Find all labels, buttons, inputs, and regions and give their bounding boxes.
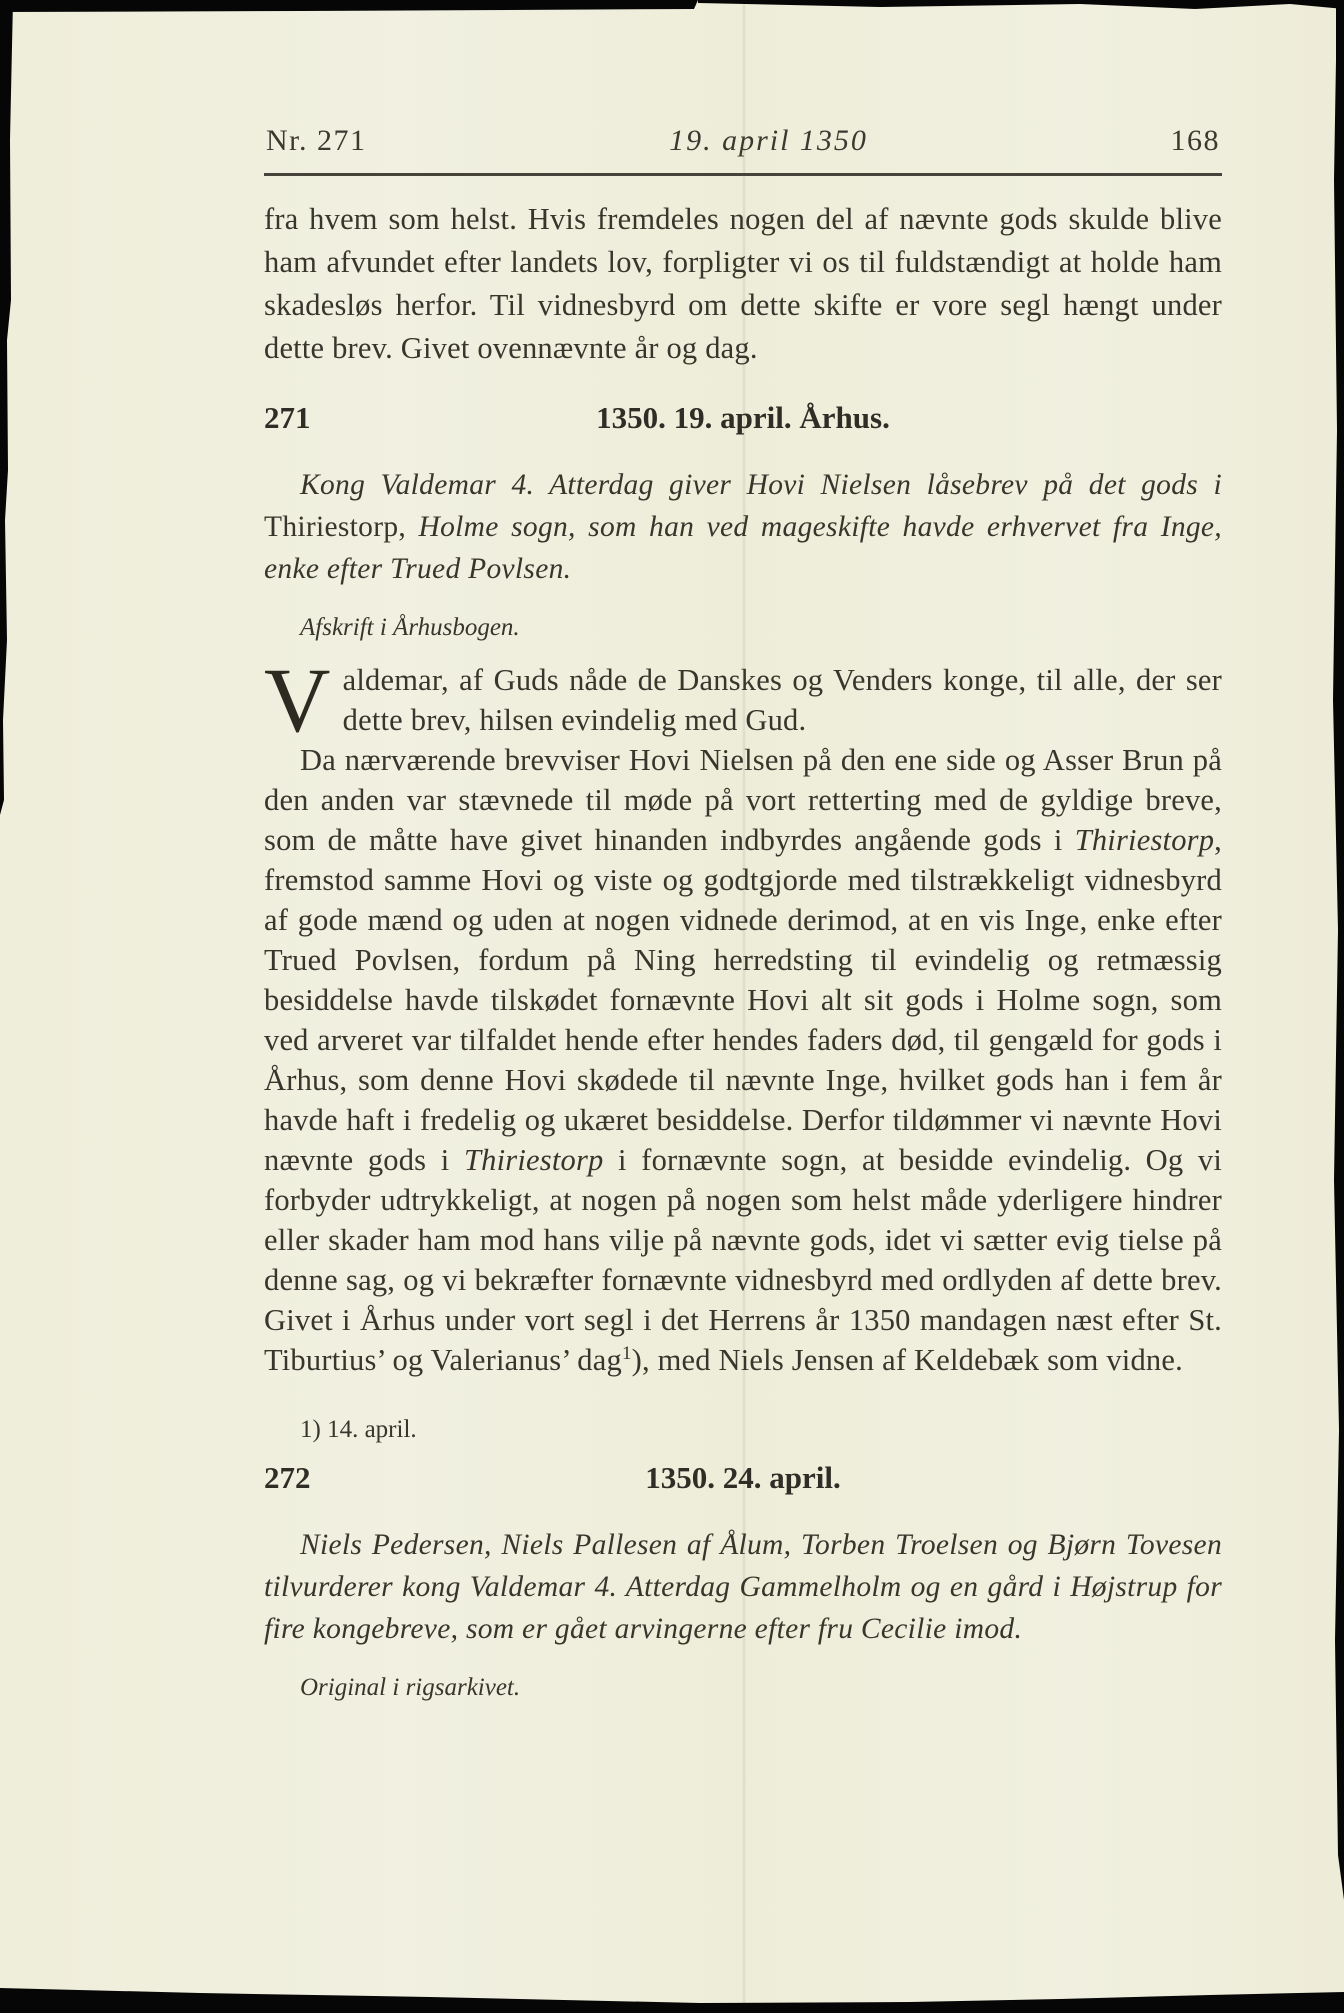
letter-placename-1: Thiriestorp — [1075, 823, 1214, 857]
entry-272-heading: 272 1350. 24. april. — [264, 1460, 1222, 1496]
header-rule — [264, 173, 1222, 176]
letter-body-run-2: , fremstod samme Hovi og viste og godtgj… — [264, 823, 1222, 1177]
footnote: 1) 14. april. — [300, 1416, 1222, 1444]
letter-salutation: Valdemar, af Guds nåde de Danskes og Ven… — [264, 660, 1222, 740]
entry-271-source-note: Afskrift i Århusbogen. — [300, 614, 1222, 642]
page-text-column: Nr. 271 19. april 1350 168 fra hvem som … — [264, 124, 1222, 1702]
entry-271-number: 271 — [264, 400, 311, 436]
footnote-reference: 1 — [622, 1343, 632, 1364]
entry-272-source-note: Original i rigsarkivet. — [300, 1674, 1222, 1702]
entry-271-summary: Kong Valdemar 4. Atterdag giver Hovi Nie… — [264, 464, 1222, 590]
entry-271-date-place: 1350. 19. april. Århus. — [596, 400, 890, 435]
continuation-paragraph: fra hvem som helst. Hvis fremdeles nogen… — [264, 198, 1222, 370]
letter-salutation-text: aldemar, af Guds nåde de Danskes og Vend… — [343, 663, 1222, 737]
entry-272-date: 1350. 24. april. — [645, 1460, 840, 1495]
letter-body-paragraph: Da nærværende brevviser Hovi Nielsen på … — [264, 740, 1222, 1380]
running-head-page-number: 168 — [1170, 124, 1220, 158]
dropcap-initial: V — [264, 660, 343, 736]
entry-271-letter-text: Valdemar, af Guds nåde de Danskes og Ven… — [264, 660, 1222, 1380]
running-head: Nr. 271 19. april 1350 168 — [264, 124, 1222, 173]
running-head-entry-number: Nr. 271 — [266, 124, 367, 158]
letter-body-run-3: i fornævnte sogn, at besidde evindelig. … — [264, 1143, 1222, 1377]
entry-272-number: 272 — [264, 1460, 311, 1496]
summary-placename-run: Thiriestorp, — [264, 511, 406, 543]
entry-271-heading: 271 1350. 19. april. Århus. — [264, 400, 1222, 436]
summary-italic-run-2: Holme sogn, som han ved mageskifte havde… — [264, 511, 1222, 585]
letter-placename-2: Thiriestorp — [464, 1143, 603, 1177]
entry-272-summary: Niels Pedersen, Niels Pallesen af Ålum, … — [264, 1524, 1222, 1650]
running-head-date: 19. april 1350 — [669, 124, 868, 158]
letter-body-run-4: ), med Niels Jensen af Keldebæk som vidn… — [632, 1343, 1183, 1377]
summary-italic-run: Kong Valdemar 4. Atterdag giver Hovi Nie… — [300, 469, 1222, 501]
